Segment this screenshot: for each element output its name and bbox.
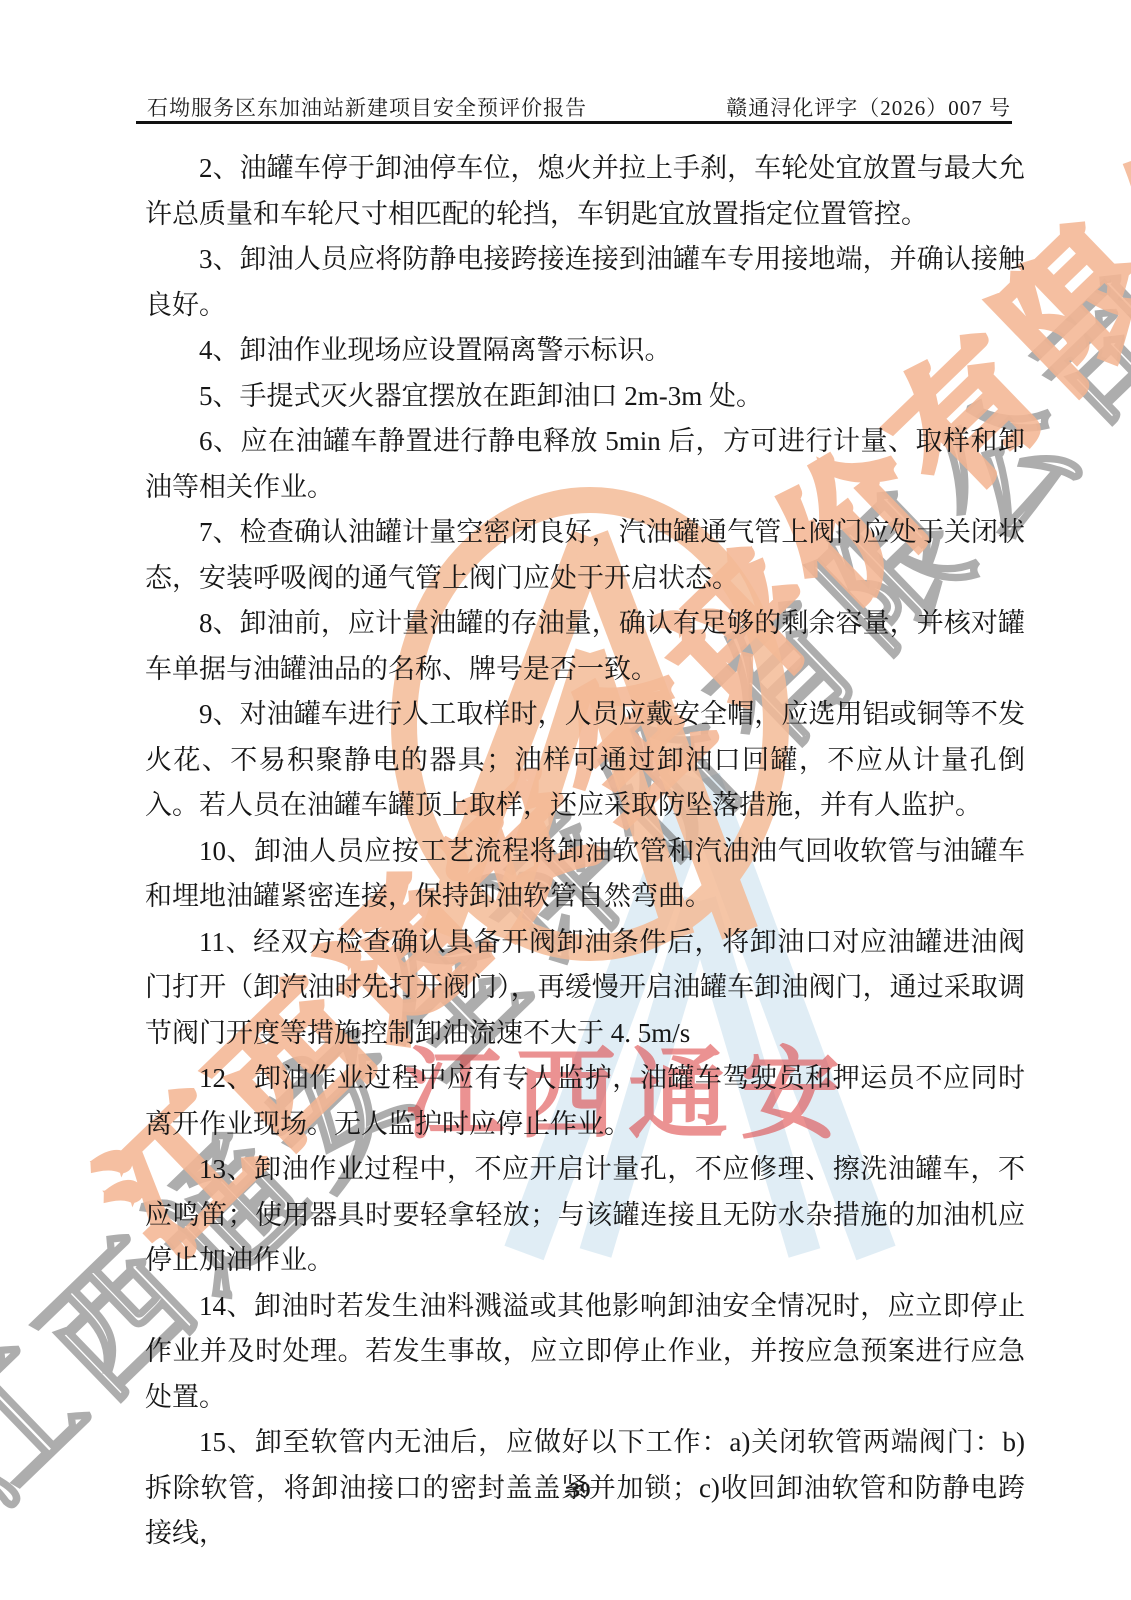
header-report-title: 石坳服务区东加油站新建项目安全预评价报告: [147, 92, 587, 122]
paragraph: 4、卸油作业现场应设置隔离警示标识。: [145, 328, 1025, 374]
paragraph: 6、应在油罐车静置进行静电释放 5min 后，方可进行计量、取样和卸油等相关作业…: [145, 419, 1025, 510]
paragraph: 2、油罐车停于卸油停车位，熄火并拉上手刹，车轮处宜放置与最大允许总质量和车轮尺寸…: [145, 146, 1025, 237]
paragraph: 3、卸油人员应将防静电接跨接连接到油罐车专用接地端，并确认接触良好。: [145, 237, 1025, 328]
page-header: 石坳服务区东加油站新建项目安全预评价报告 赣通浔化评字（2026）007 号: [147, 92, 1011, 122]
report-page: 江西通安全评价有限公司 江西通安全评价有限公司 江西通安 石坳服务区东加油站新建…: [0, 0, 1131, 1600]
paragraph: 5、手提式灭火器宜摆放在距卸油口 2m-3m 处。: [145, 374, 1025, 420]
paragraph: 11、经双方检查确认具备开阀卸油条件后，将卸油口对应油罐进油阀门打开（卸汽油时先…: [145, 920, 1025, 1057]
document-body: 2、油罐车停于卸油停车位，熄火并拉上手刹，车轮处宜放置与最大允许总质量和车轮尺寸…: [145, 146, 1025, 1557]
paragraph: 13、卸油作业过程中，不应开启计量孔，不应修理、擦洗油罐车，不应鸣笛；使用器具时…: [145, 1147, 1025, 1284]
paragraph: 10、卸油人员应按工艺流程将卸油软管和汽油油气回收软管与油罐车和埋地油罐紧密连接…: [145, 829, 1025, 920]
paragraph: 14、卸油时若发生油料溅溢或其他影响卸油安全情况时，应立即停止作业并及时处理。若…: [145, 1284, 1025, 1421]
paragraph: 7、检查确认油罐计量空密闭良好，汽油罐通气管上阀门应处于关闭状态，安装呼吸阀的通…: [145, 510, 1025, 601]
page-number: 39: [147, 1478, 1013, 1503]
paragraph: 9、对油罐车进行人工取样时，人员应戴安全帽，应选用铝或铜等不发火花、不易积聚静电…: [145, 692, 1025, 829]
header-document-number: 赣通浔化评字（2026）007 号: [726, 92, 1011, 122]
paragraph: 8、卸油前，应计量油罐的存油量，确认有足够的剩余容量，并核对罐车单据与油罐油品的…: [145, 601, 1025, 692]
paragraph: 12、卸油作业过程中应有专人监护，油罐车驾驶员和押运员不应同时离开作业现场。无人…: [145, 1056, 1025, 1147]
header-divider: [136, 121, 1012, 124]
